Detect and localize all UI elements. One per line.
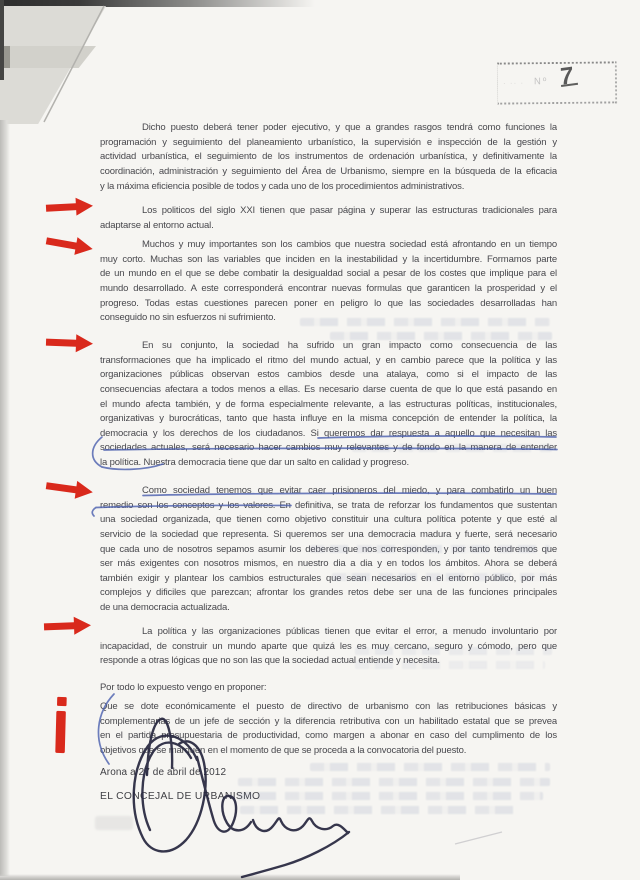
bleed-through	[310, 763, 550, 771]
red-mark-dot	[57, 697, 67, 706]
paragraph-politicians: Los politicos del siglo XXI tienen que p…	[100, 204, 557, 233]
text-line: en el partida presupuestaria de producti…	[100, 729, 557, 744]
text-line: democracia y los derechos de los ciudada…	[100, 427, 557, 442]
text-line: ser más exigentes con nosotros mismos, e…	[100, 557, 557, 572]
signature-stroke	[253, 818, 348, 833]
text-line: En su conjunto, la sociedad ha sufrido u…	[100, 339, 557, 354]
text-line: una sociedad organizada, que tienen como…	[100, 513, 557, 528]
text-line: Que se dote económicamente el puesto de …	[100, 700, 557, 715]
red-arrow-icon	[44, 616, 92, 636]
folio-stamp-label: Nº	[534, 76, 548, 87]
bleed-through	[300, 318, 550, 326]
text-line: organizativas y burocráticas, tanto que …	[100, 412, 557, 427]
text-line: de un mundo en el que se debe combatir l…	[100, 267, 557, 282]
red-emphasis-mark-icon	[55, 697, 66, 753]
scan-edge-left	[0, 120, 10, 876]
scanned-document-page: · ·· · Nº 7 Dicho puesto deberá tener po…	[0, 0, 640, 880]
text-line: transformaciones que ha implicado el rit…	[100, 354, 557, 369]
bleed-through	[355, 647, 552, 655]
date-line: Arona a 27 de abril de 2012	[100, 767, 226, 778]
text-line: actividad urbanística, el seguimiento de…	[100, 150, 557, 165]
text-line: de una democracia actualizada.	[100, 601, 557, 616]
scan-edge-bottom	[0, 874, 460, 880]
text-line: mundo desarrollado. A este corresponderá…	[100, 282, 557, 297]
text-line: Por todo lo expuesto vengo en proponer:	[100, 681, 557, 696]
pen-underline-tail	[92, 508, 96, 517]
text-line: consecuencias afectara a todos menos a e…	[100, 383, 557, 398]
text-line: muy corto. Muchas son las variables que …	[100, 253, 557, 268]
text-line: progreso. Todas estas cuestiones parecen…	[100, 297, 557, 312]
text-line: objetivos que se marquen en el momento d…	[100, 744, 557, 759]
signature-flourish	[242, 832, 349, 877]
bleed-through	[332, 573, 547, 581]
paragraph-proposal: Que se dote económicamente el puesto de …	[100, 700, 557, 759]
paragraph-changes: Muchos y muy importantes son los cambios…	[100, 238, 557, 326]
text-line: adaptarse al entorno actual.	[100, 219, 557, 234]
faint-pen-stroke	[455, 832, 502, 844]
bleed-through	[310, 545, 550, 553]
text-line: complejos y dificiles que parezcan; afro…	[100, 586, 557, 601]
scan-edge-top	[0, 0, 315, 7]
signer-title: EL CONCEJAL DE URBANISMO	[100, 791, 260, 802]
text-line: La política y las organizaciones pública…	[100, 625, 557, 640]
bleed-through	[238, 778, 550, 786]
paragraph-duties: Dicho puesto deberá tener poder ejecutiv…	[100, 121, 557, 194]
text-line: Muchos y muy importantes son los cambios…	[100, 238, 557, 253]
text-line: coordinación, administración y seguimien…	[100, 165, 557, 180]
text-line: programación y seguimiento del planeamie…	[100, 136, 557, 151]
red-arrow-icon	[45, 477, 94, 501]
bleed-through	[238, 792, 543, 800]
text-line: la política. Nuestra democracia tiene qu…	[100, 456, 557, 471]
text-line: Como sociedad tenemos que evitar caer pr…	[100, 484, 557, 499]
red-arrow-icon	[46, 333, 94, 353]
folio-stamp-faint-marks: · ·· ·	[503, 78, 524, 87]
scan-corner-band	[0, 46, 96, 68]
red-mark-bar	[55, 711, 66, 753]
red-arrow-icon	[46, 197, 94, 217]
text-line: remedio son los conceptos y los valores.…	[100, 499, 557, 514]
text-line: servicio de la sociedad que representa. …	[100, 528, 557, 543]
bleed-through	[330, 332, 552, 340]
folio-stamp: · ·· · Nº 7	[497, 61, 617, 104]
bleed-through	[352, 444, 552, 452]
bleed-through	[355, 661, 545, 669]
paragraph-proposal-intro: Por todo lo expuesto vengo en proponer:	[100, 681, 557, 696]
bleed-through	[240, 806, 518, 814]
text-line: Dicho puesto deberá tener poder ejecutiv…	[100, 121, 557, 136]
scan-edge-left-top	[0, 0, 4, 80]
text-line: Los politicos del siglo XXI tienen que p…	[100, 204, 557, 219]
text-line: y la máxima eficiencia posible de todos …	[100, 180, 557, 195]
text-line: organizaciones públicas observan estos c…	[100, 368, 557, 383]
text-line: complementarias de un jefe de sección y …	[100, 715, 557, 730]
text-line: el mundo afecta también, y de forma espe…	[100, 398, 557, 413]
smudge	[95, 816, 133, 830]
red-arrow-icon	[45, 232, 94, 258]
